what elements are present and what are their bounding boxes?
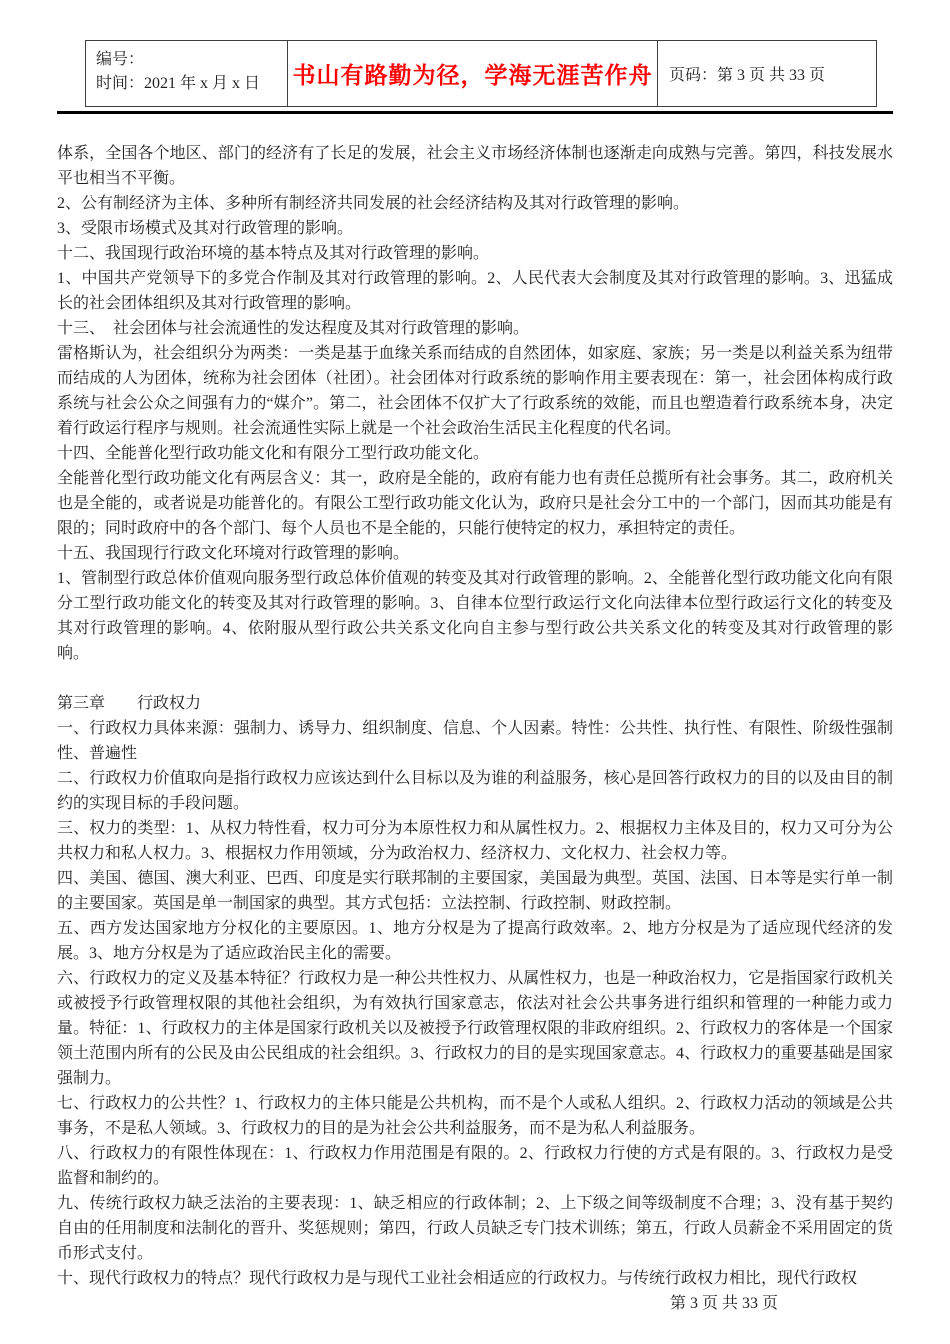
paragraph: 一、行政权力具体来源：强制力、诱导力、组织制度、信息、个人因素。特性：公共性、执… [57,716,893,766]
paragraph: 十三、 社会团体与社会流通性的发达程度及其对行政管理的影响。 [57,316,893,341]
header-number-label: 编号： [96,48,283,72]
document-page: 编号： 时间：2021 年 x 月 x 日 书山有路勤为径，学海无涯苦作舟 页码… [0,0,950,1344]
paragraph: 九、传统行政权力缺乏法治的主要表现：1、缺乏相应的行政体制；2、上下级之间等级制… [57,1191,893,1266]
paragraph: 2、公有制经济为主体、多种所有制经济共同发展的社会经济结构及其对行政管理的影响。 [57,191,893,216]
paragraph: 六、行政权力的定义及基本特征？行政权力是一种公共性权力、从属性权力，也是一种政治… [57,966,893,1091]
paragraph: 十四、全能普化型行政功能文化和有限分工型行政功能文化。 [57,441,893,466]
paragraph: 八、行政权力的有限性体现在：1、行政权力作用范围是有限的。2、行政权力行使的方式… [57,1141,893,1191]
paragraph: 1、管制型行政总体价值观向服务型行政总体价值观的转变及其对行政管理的影响。2、全… [57,566,893,666]
paragraph: 1、中国共产党领导下的多党合作制及其对行政管理的影响。2、人民代表大会制度及其对… [57,266,893,316]
header-motto: 书山有路勤为径，学海无涯苦作舟 [288,41,657,106]
paragraph: 雷格斯认为，社会组织分为两类：一类是基于血缘关系而结成的自然团体，如家庭、家族；… [57,341,893,441]
paragraph: 四、美国、德国、澳大利亚、巴西、印度是实行联邦制的主要国家，美国最为典型。英国、… [57,866,893,916]
paragraph: 十五、我国现行行政文化环境对行政管理的影响。 [57,541,893,566]
header-info-cell: 编号： 时间：2021 年 x 月 x 日 [86,41,288,106]
chapter-heading: 第三章 行政权力 [57,691,893,716]
paragraph: 三、权力的类型：1、从权力特性看，权力可分为本原性权力和从属性权力。2、根据权力… [57,816,893,866]
blank-line [57,666,893,691]
paragraph: 五、西方发达国家地方分权化的主要原因。1、地方分权是为了提高行政效率。2、地方分… [57,916,893,966]
header-table: 编号： 时间：2021 年 x 月 x 日 书山有路勤为径，学海无涯苦作舟 页码… [85,40,877,107]
paragraph: 十、现代行政权力的特点？现代行政权力是与现代工业社会相适应的行政权力。与传统行政… [57,1266,893,1291]
paragraph: 七、行政权力的公共性？1、行政权力的主体只能是公共机构，而不是个人或私人组织。2… [57,1091,893,1141]
paragraph: 全能普化型行政功能文化有两层含义：其一，政府是全能的，政府有能力也有责任总揽所有… [57,466,893,541]
paragraph: 二、行政权力价值取向是指行政权力应该达到什么目标以及为谁的利益服务，核心是回答行… [57,766,893,816]
header-divider-rule [57,111,893,114]
footer-page-number: 第 3 页 共 33 页 [670,1290,778,1313]
header-time-label: 时间：2021 年 x 月 x 日 [96,72,283,96]
header-page-label: 页码：第 3 页 共 33 页 [657,41,876,106]
paragraph: 体系，全国各个地区、部门的经济有了长足的发展，社会主义市场经济体制也逐渐走向成熟… [57,141,893,191]
paragraph: 十二、我国现行政治环境的基本特点及其对行政管理的影响。 [57,241,893,266]
paragraph: 3、受限市场模式及其对行政管理的影响。 [57,216,893,241]
document-body: 体系，全国各个地区、部门的经济有了长足的发展，社会主义市场经济体制也逐渐走向成熟… [57,141,893,1291]
